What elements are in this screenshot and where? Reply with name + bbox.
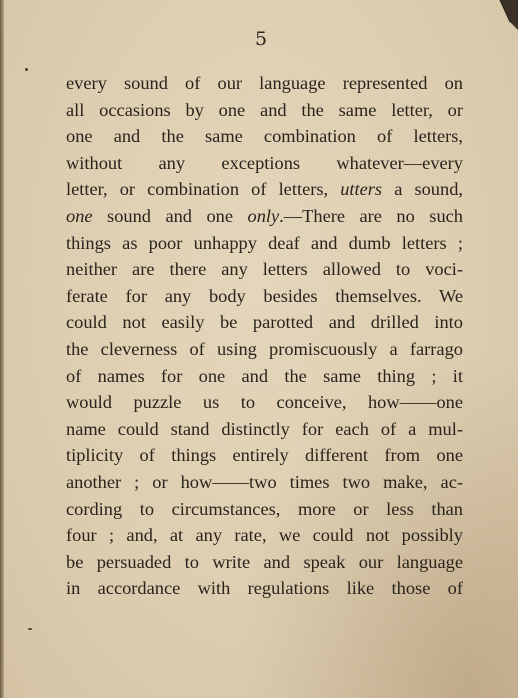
page-number: 5 [0, 28, 518, 50]
italic-emphasis: only [248, 206, 280, 226]
text-line: cording to circumstances, more or less t… [66, 496, 463, 523]
text-line: the cleverness of using promiscuously a … [66, 336, 463, 363]
text-line: things as poor unhappy deaf and dumb let… [66, 230, 463, 257]
corner-fold-icon [496, 0, 518, 30]
text-line: another ; or how——two times two make, ac… [66, 469, 463, 496]
text-line: letter, or combination of letters, utter… [66, 176, 463, 203]
text-line: tiplicity of things entirely different f… [66, 442, 463, 469]
italic-emphasis: utters [340, 179, 382, 199]
text-line: four ; and, at any rate, we could not po… [66, 522, 463, 549]
text-line: without any exceptions whatever—every [66, 150, 463, 177]
text-line: be persuaded to write and speak our lang… [66, 549, 463, 576]
text-line: ferate for any body besides themselves. … [66, 283, 463, 310]
book-page: 5 every sound of our language represente… [0, 0, 518, 698]
text-line: in accordance with regulations like thos… [66, 575, 463, 602]
text-line: of names for one and the same thing ; it [66, 363, 463, 390]
italic-emphasis: one [66, 206, 93, 226]
text-line: one and the same combination of letters, [66, 123, 463, 150]
ink-speck [28, 628, 32, 630]
ink-speck [25, 68, 28, 71]
page-binding-edge [0, 0, 4, 698]
text-line: one sound and one only.—There are no suc… [66, 203, 463, 230]
text-line: all occasions by one and the same letter… [66, 97, 463, 124]
text-line: could not easily be parotted and drilled… [66, 309, 463, 336]
text-line: would puzzle us to conceive, how——one [66, 389, 463, 416]
text-line: name could stand distinctly for each of … [66, 416, 463, 443]
text-line: every sound of our language represented … [66, 70, 463, 97]
text-line: neither are there any letters allowed to… [66, 256, 463, 283]
body-text: every sound of our language represented … [66, 70, 463, 602]
